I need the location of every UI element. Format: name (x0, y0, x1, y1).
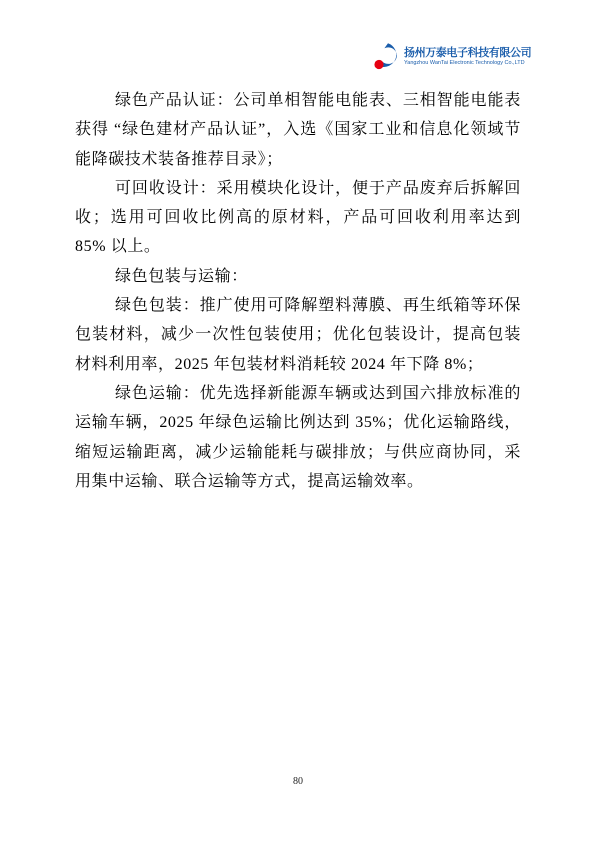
document-page: 扬州万泰电子科技有限公司 Yangzhou WanTai Electronic … (0, 0, 596, 842)
page-number: 80 (0, 776, 596, 787)
logo-crescent-icon (372, 42, 400, 71)
logo-text: 扬州万泰电子科技有限公司 Yangzhou WanTai Electronic … (404, 47, 531, 66)
body-paragraphs: 绿色产品认证：公司单相智能电能表、三相智能电能表获得 “绿色建材产品认证”，入选… (75, 86, 521, 496)
paragraph: 绿色运输：优先选择新能源车辆或达到国六排放标准的运输车辆，2025 年绿色运输比… (75, 379, 521, 496)
company-name-zh: 扬州万泰电子科技有限公司 (404, 47, 531, 60)
paragraph: 绿色包装：推广使用可降解塑料薄膜、再生纸箱等环保包装材料，减少一次性包装使用；优… (75, 291, 521, 379)
paragraph: 绿色包装与运输： (75, 262, 521, 291)
company-logo: 扬州万泰电子科技有限公司 Yangzhou WanTai Electronic … (372, 42, 531, 71)
company-name-en: Yangzhou WanTai Electronic Technology Co… (404, 60, 531, 66)
paragraph: 绿色产品认证：公司单相智能电能表、三相智能电能表获得 “绿色建材产品认证”，入选… (75, 86, 521, 174)
paragraph: 可回收设计：采用模块化设计，便于产品废弃后拆解回收；选用可回收比例高的原材料，产… (75, 174, 521, 262)
